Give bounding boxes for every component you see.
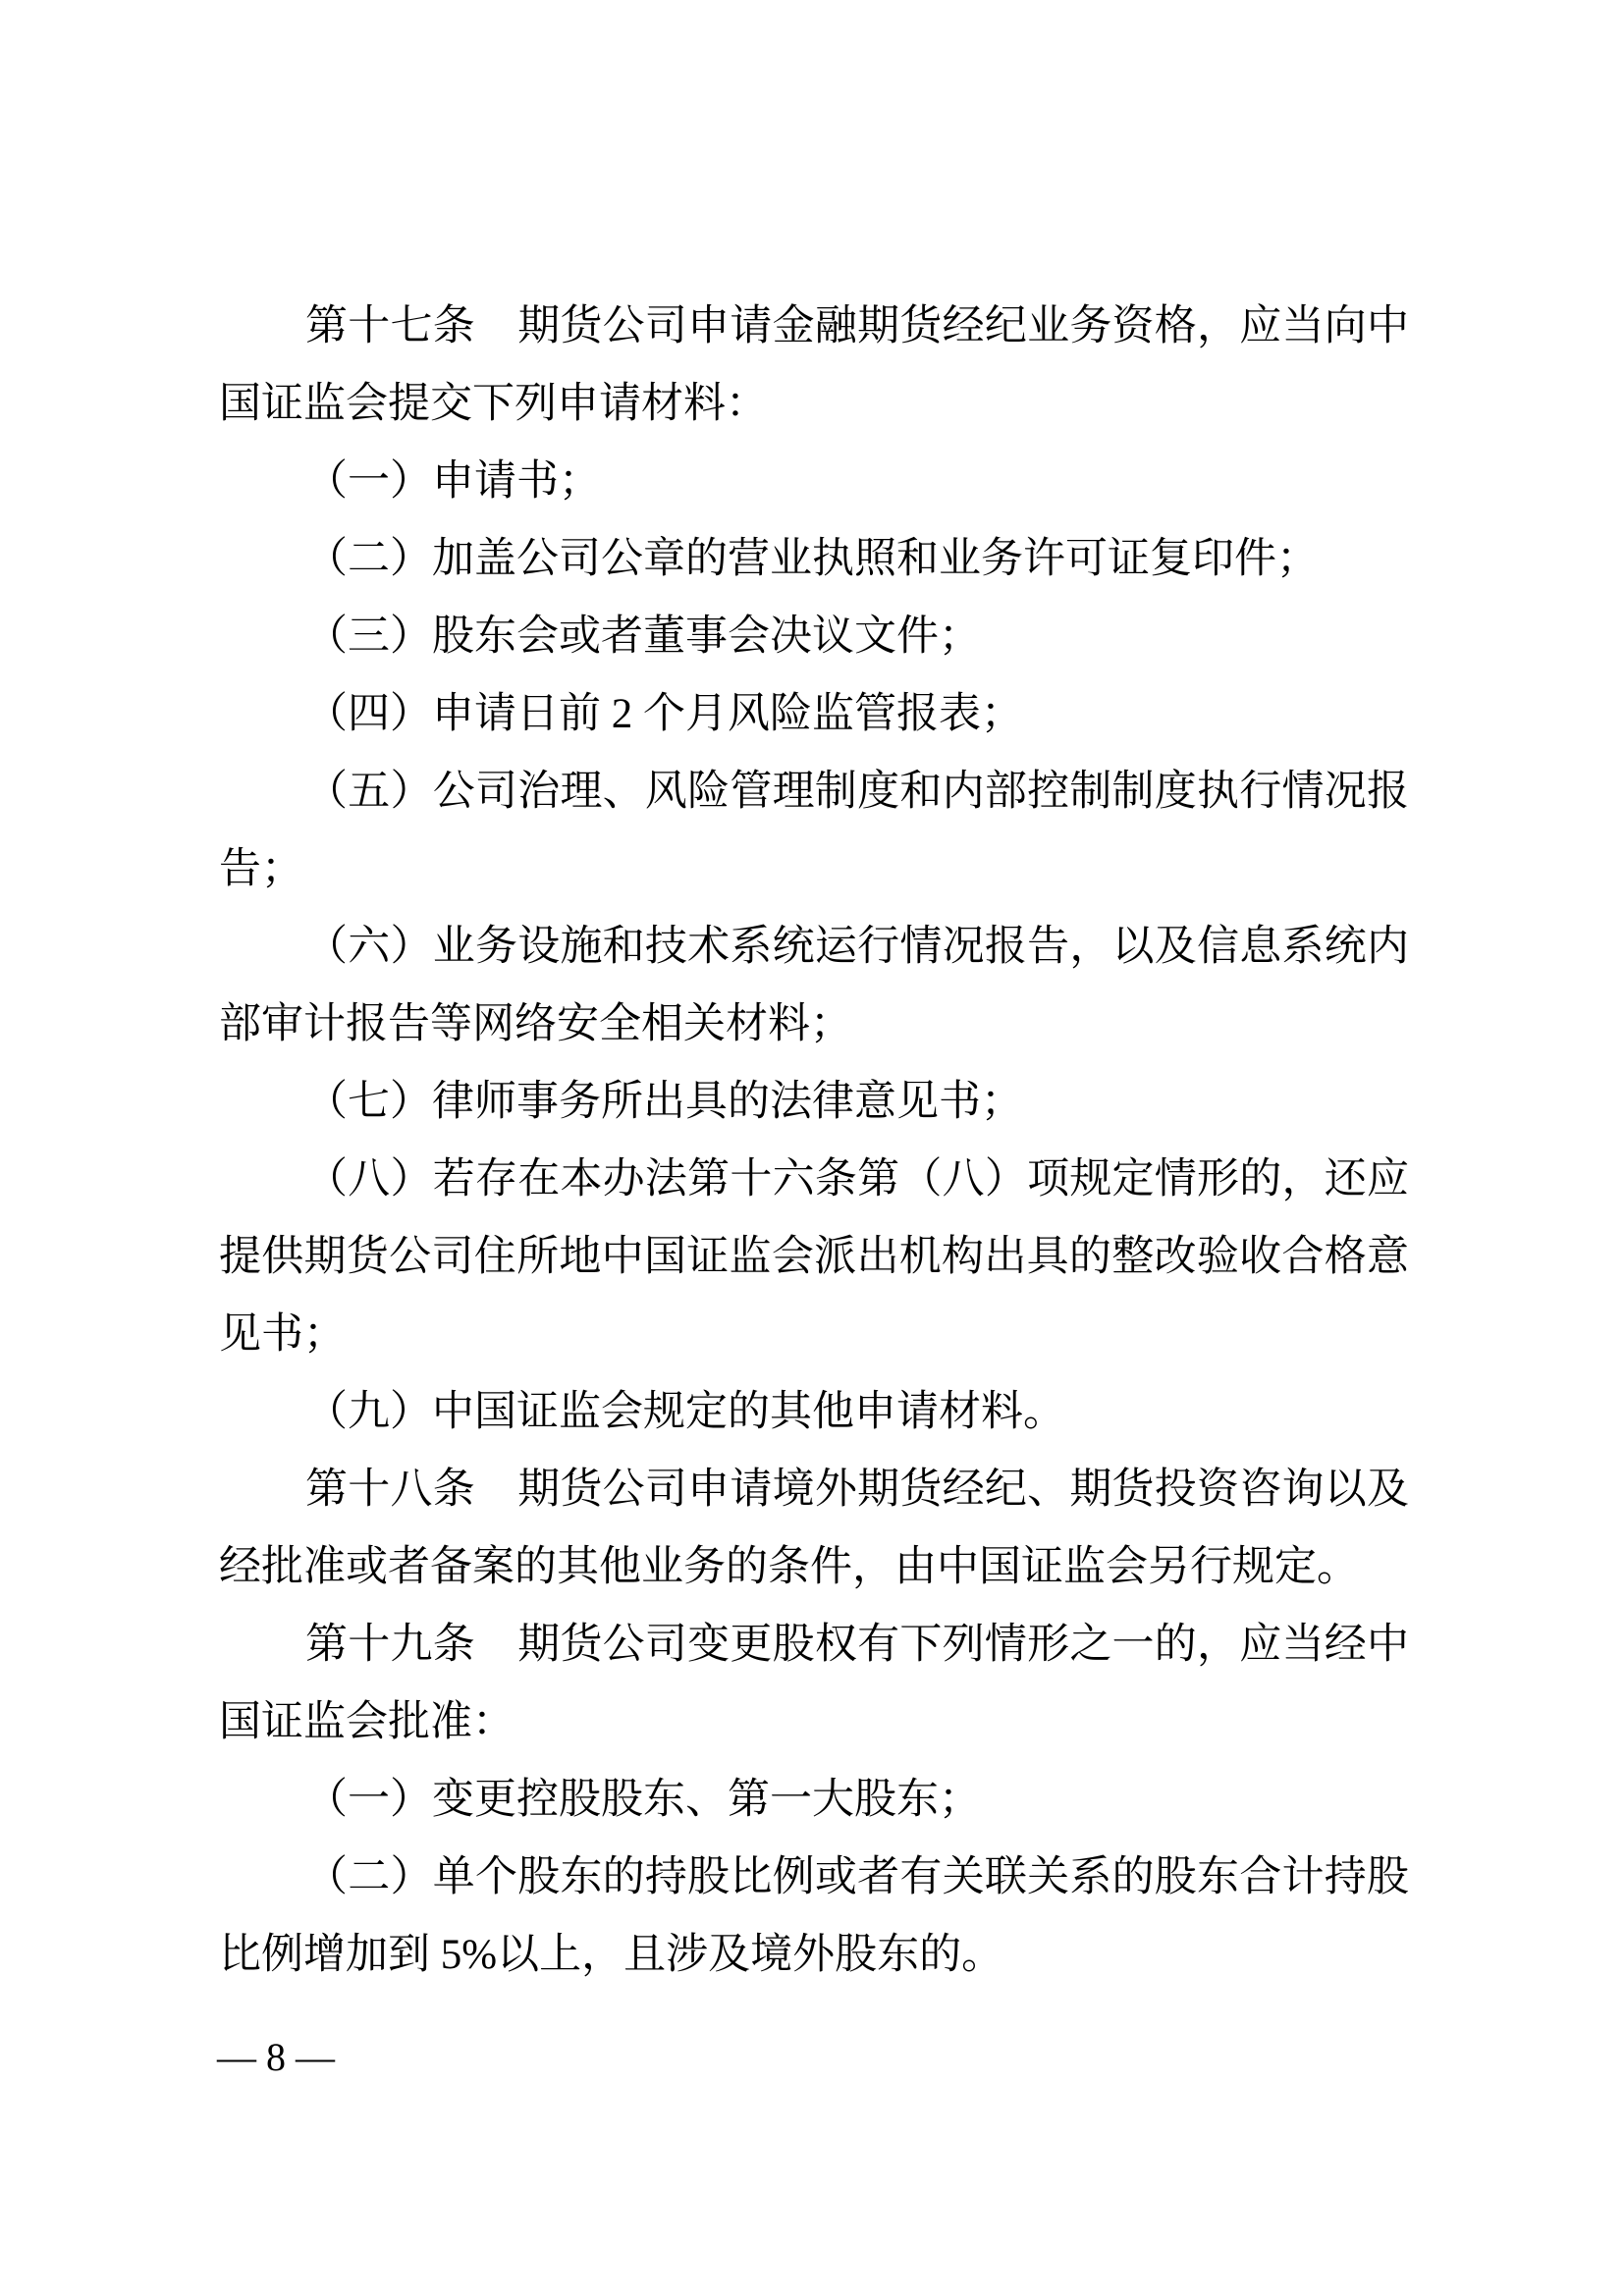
body-line: 比例增加到 5%以上，且涉及境外股东的。 <box>219 1916 1409 1994</box>
body-line: 国证监会批准： <box>219 1683 1409 1761</box>
body-line: 提供期货公司住所地中国证监会派出机构出具的整改验收合格意 <box>219 1218 1409 1296</box>
body-line: 第十九条 期货公司变更股权有下列情形之一的，应当经中 <box>219 1606 1409 1683</box>
body-line: （二）加盖公司公章的营业执照和业务许可证复印件； <box>219 520 1409 598</box>
body-line: （七）律师事务所出具的法律意见书； <box>219 1063 1409 1141</box>
footer-page-number: — 8 — <box>217 2035 335 2079</box>
body-line: （八）若存在本办法第十六条第（八）项规定情形的，还应 <box>219 1141 1409 1218</box>
document-body: 第十七条 期货公司申请金融期货经纪业务资格，应当向中 国证监会提交下列申请材料：… <box>219 288 1409 1994</box>
body-line: 第十八条 期货公司申请境外期货经纪、期货投资咨询以及 <box>219 1451 1409 1528</box>
body-line: 部审计报告等网络安全相关材料； <box>219 986 1409 1063</box>
body-line: 见书； <box>219 1296 1409 1373</box>
body-line: 告； <box>219 830 1409 908</box>
body-line: 国证监会提交下列申请材料： <box>219 365 1409 443</box>
body-line: 经批准或者备案的其他业务的条件，由中国证监会另行规定。 <box>219 1528 1409 1606</box>
body-line: （四）申请日前 2 个月风险监管报表； <box>219 675 1409 753</box>
page-footer: — 8 — <box>217 2034 335 2081</box>
body-line: （三）股东会或者董事会决议文件； <box>219 598 1409 675</box>
body-line: （一）变更控股股东、第一大股东； <box>219 1761 1409 1839</box>
body-line: （二）单个股东的持股比例或者有关联关系的股东合计持股 <box>219 1839 1409 1916</box>
body-line: （五）公司治理、风险管理制度和内部控制制度执行情况报 <box>219 753 1409 830</box>
body-line: （九）中国证监会规定的其他申请材料。 <box>219 1373 1409 1451</box>
body-line: （六）业务设施和技术系统运行情况报告，以及信息系统内 <box>219 908 1409 986</box>
body-line: 第十七条 期货公司申请金融期货经纪业务资格，应当向中 <box>219 288 1409 365</box>
document-page: 第十七条 期货公司申请金融期货经纪业务资格，应当向中 国证监会提交下列申请材料：… <box>0 0 1624 2296</box>
body-line: （一）申请书； <box>219 443 1409 520</box>
